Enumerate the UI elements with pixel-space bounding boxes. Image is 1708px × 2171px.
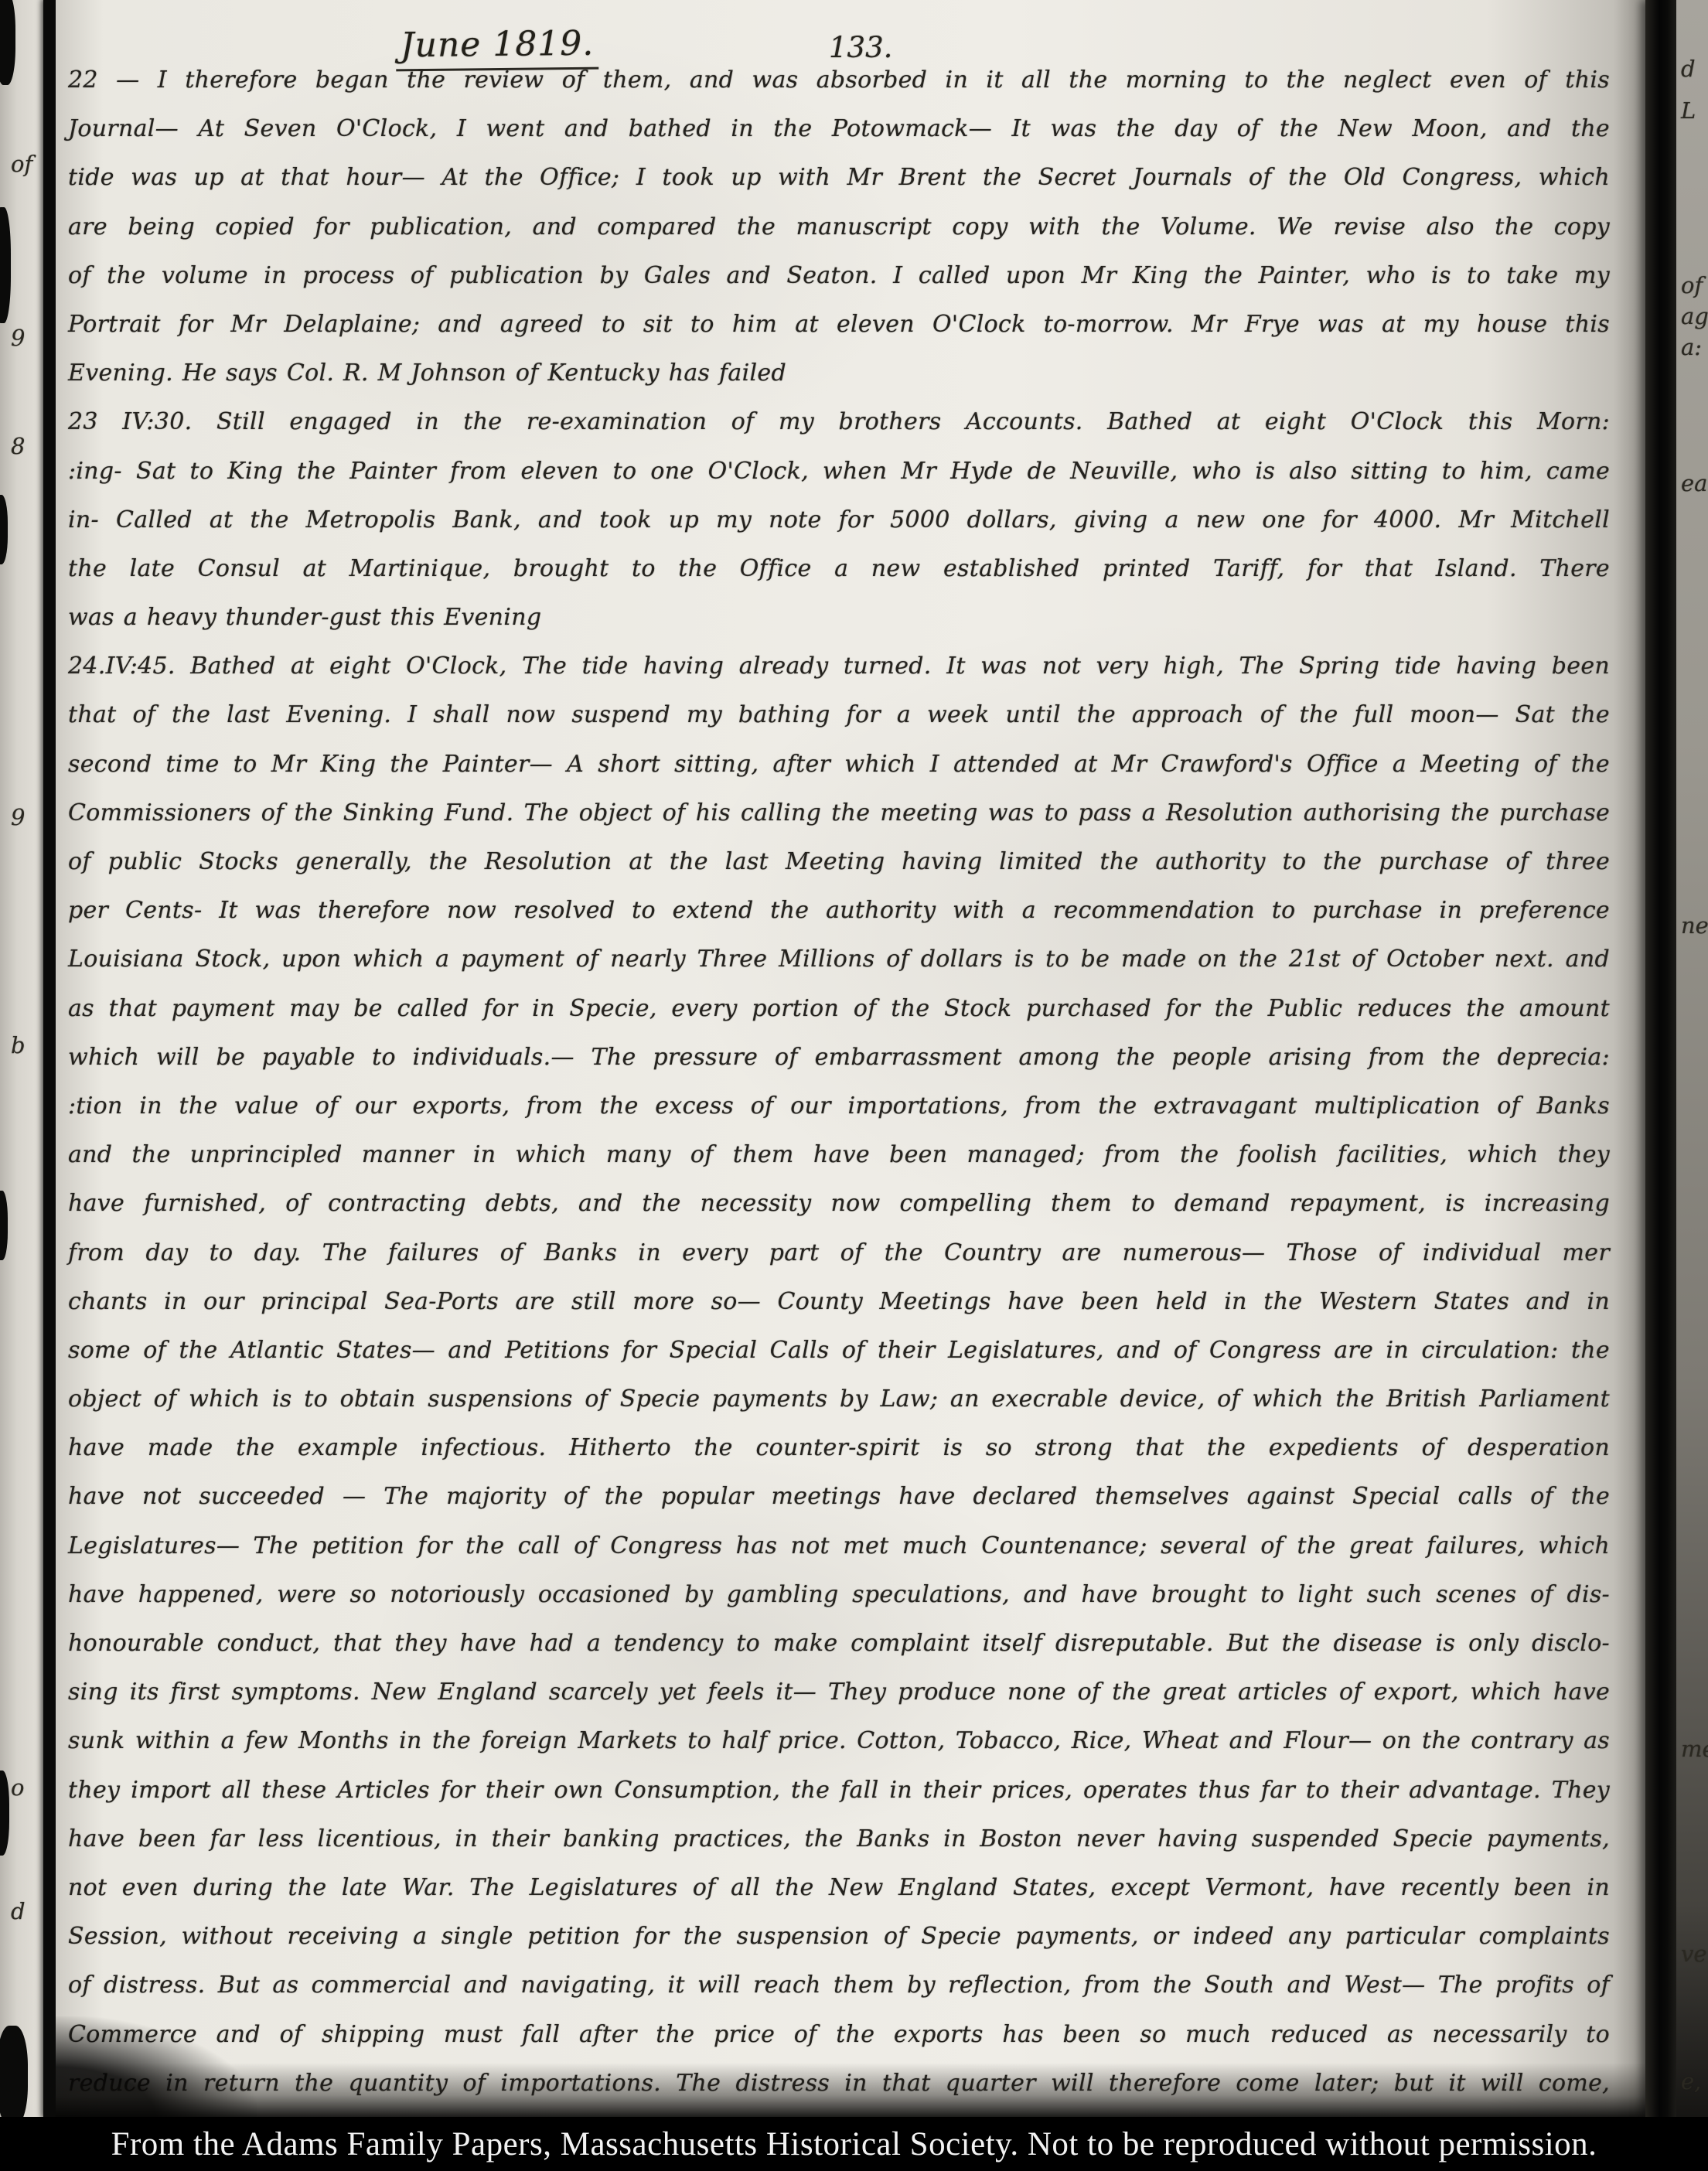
- manuscript-line: have been far less licentious, in their …: [68, 1815, 1610, 1863]
- manuscript-line: was a heavy thunder-gust this Evening: [68, 593, 1610, 642]
- scan-root: of989bod June 1819. 133. 22 — I therefor…: [0, 0, 1708, 2171]
- manuscript-line: tide was up at that hour— At the Office;…: [68, 153, 1610, 202]
- edge-fragment: o: [11, 1774, 24, 1801]
- manuscript-line: which will be payable to individuals.— T…: [68, 1033, 1610, 1082]
- scan-dark-blot: [0, 1771, 9, 1856]
- manuscript-line: Session, without receiving a single peti…: [68, 1912, 1610, 1961]
- footer-credit-text: From the Adams Family Papers, Massachuse…: [111, 2125, 1597, 2163]
- manuscript-line: of distress. But as commercial and navig…: [68, 1961, 1610, 2009]
- edge-fragment: d: [11, 1898, 26, 1924]
- manuscript-line: Commerce and of shipping must fall after…: [68, 2010, 1610, 2059]
- manuscript-line: sunk within a few Months in the foreign …: [68, 1716, 1610, 1765]
- binding-gutter-left: [43, 0, 56, 2117]
- scan-dark-blot: [0, 0, 15, 85]
- manuscript-line: Legislatures— The petition for the call …: [68, 1522, 1610, 1570]
- manuscript-line: Evening. He says Col. R. M Johnson of Ke…: [68, 349, 1610, 397]
- manuscript-line: not even during the late War. The Legisl…: [68, 1863, 1610, 1912]
- edge-fragment: ea: [1681, 470, 1707, 496]
- manuscript-line: sing its first symptoms. New England sca…: [68, 1668, 1610, 1716]
- scan-dark-blot: [0, 495, 8, 564]
- edge-fragment: ve: [1681, 1941, 1707, 1967]
- edge-fragment: 8: [11, 433, 25, 459]
- scan-dark-blot: [0, 207, 11, 323]
- manuscript-line: are being copied for publication, and co…: [68, 203, 1610, 251]
- facing-page-right-sliver: dLofaga:eanemevee,: [1676, 0, 1708, 2117]
- manuscript-line: :ing- Sat to King the Painter from eleve…: [68, 447, 1610, 496]
- footer-credit-bar: From the Adams Family Papers, Massachuse…: [0, 2117, 1708, 2171]
- manuscript-line: have happened, were so notoriously occas…: [68, 1570, 1610, 1619]
- manuscript-line: 24.IV:45. Bathed at eight O'Clock, The t…: [68, 642, 1610, 690]
- manuscript-line: of public Stocks generally, the Resoluti…: [68, 837, 1610, 886]
- manuscript-line: as that payment may be called for in Spe…: [68, 984, 1610, 1033]
- manuscript-line: Louisiana Stock, upon which a payment of…: [68, 935, 1610, 983]
- manuscript-line: in- Called at the Metropolis Bank, and t…: [68, 496, 1610, 544]
- manuscript-line: some of the Atlantic States— and Petitio…: [68, 1326, 1610, 1375]
- manuscript-page: June 1819. 133. 22 — I therefore began t…: [56, 0, 1645, 2117]
- edge-fragment: of: [11, 151, 32, 177]
- scan-dark-blot: [0, 1191, 8, 1260]
- scan-dark-blot: [0, 2026, 28, 2126]
- manuscript-line: have not succeeded — The majority of the…: [68, 1472, 1610, 1521]
- edge-fragment: 9: [11, 325, 25, 351]
- manuscript-line: have made the example infectious. Hither…: [68, 1423, 1610, 1472]
- manuscript-line: object of which is to obtain suspensions…: [68, 1375, 1610, 1423]
- binding-gutter-right: [1645, 0, 1676, 2117]
- edge-fragment: of: [1681, 272, 1703, 298]
- edge-fragment: d: [1681, 56, 1696, 82]
- manuscript-lines: 22 — I therefore began the review of the…: [68, 56, 1610, 2108]
- manuscript-line: and the unprincipled manner in which man…: [68, 1130, 1610, 1179]
- manuscript-line: second time to Mr King the Painter— A sh…: [68, 740, 1610, 789]
- edge-fragment: a:: [1681, 334, 1702, 360]
- manuscript-line: Commissioners of the Sinking Fund. The o…: [68, 789, 1610, 837]
- manuscript-line: 23 IV:30. Still engaged in the re-examin…: [68, 397, 1610, 446]
- page-bottom-shadow: [56, 2063, 1645, 2117]
- manuscript-line: that of the last Evening. I shall now su…: [68, 690, 1610, 739]
- manuscript-line: honourable conduct, that they have had a…: [68, 1619, 1610, 1668]
- edge-fragment: ag: [1681, 303, 1708, 329]
- manuscript-line: per Cents- It was therefore now resolved…: [68, 886, 1610, 935]
- manuscript-line: chants in our principal Sea-Ports are st…: [68, 1277, 1610, 1326]
- edge-fragment: L: [1681, 97, 1696, 124]
- manuscript-line: the late Consul at Martinique, brought t…: [68, 544, 1610, 593]
- manuscript-line: :tion in the value of our exports, from …: [68, 1082, 1610, 1130]
- edge-fragment: me: [1681, 1736, 1708, 1762]
- manuscript-line: from day to day. The failures of Banks i…: [68, 1229, 1610, 1277]
- edge-fragment: 9: [11, 804, 25, 830]
- manuscript-line: of the volume in process of publication …: [68, 251, 1610, 300]
- manuscript-line: Portrait for Mr Delaplaine; and agreed t…: [68, 300, 1610, 349]
- manuscript-line: they import all these Articles for their…: [68, 1766, 1610, 1815]
- manuscript-line: Journal— At Seven O'Clock, I went and ba…: [68, 104, 1610, 153]
- facing-page-left-sliver: of989bod: [0, 0, 43, 2117]
- manuscript-line: have furnished, of contracting debts, an…: [68, 1179, 1610, 1228]
- edge-fragment: e,: [1681, 2068, 1701, 2094]
- edge-fragment: ne: [1681, 912, 1708, 939]
- edge-fragment: b: [11, 1032, 26, 1058]
- manuscript-line: 22 — I therefore began the review of the…: [68, 56, 1610, 104]
